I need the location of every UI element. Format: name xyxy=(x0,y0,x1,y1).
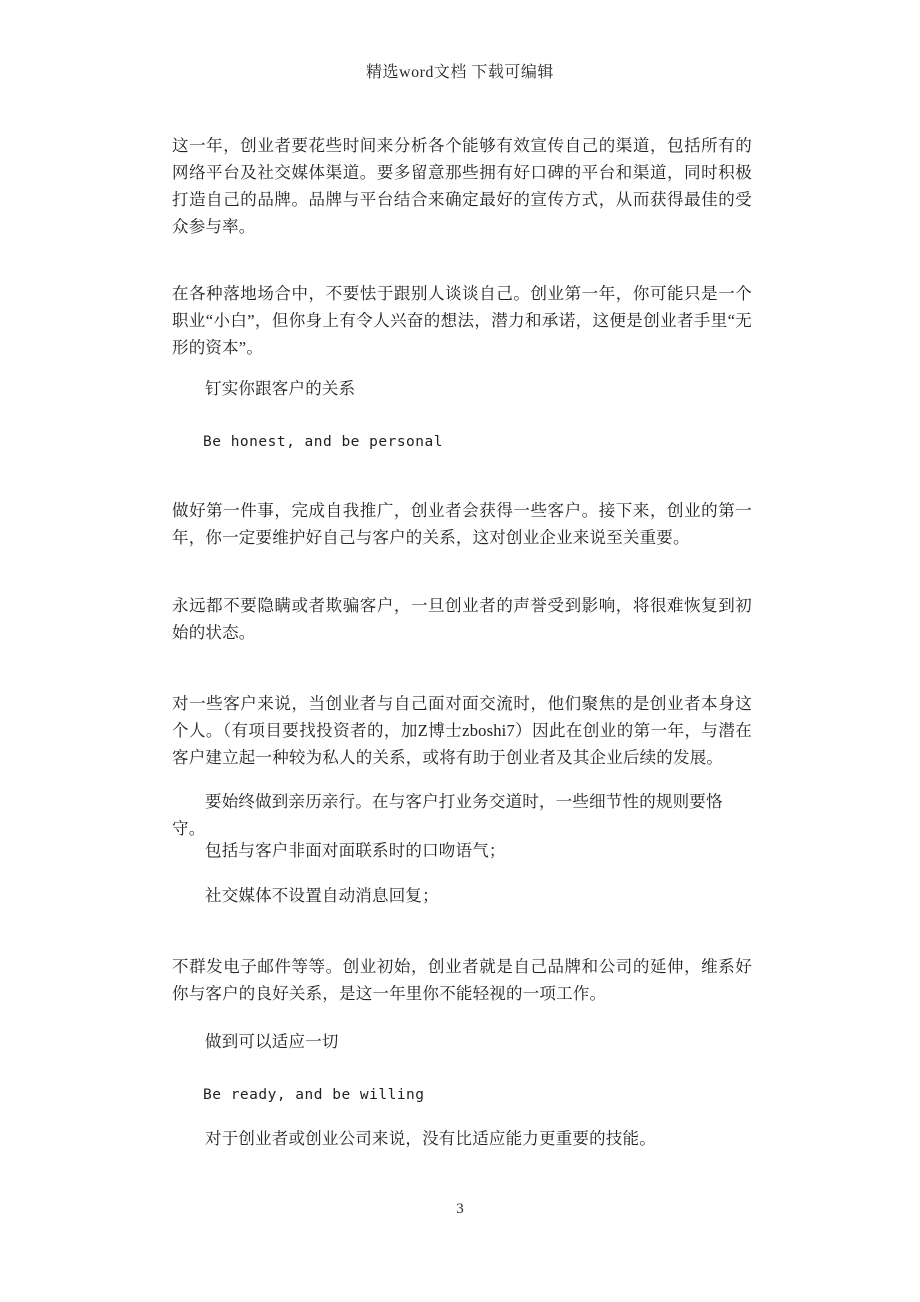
page-header-watermark: 精选word文档 下载可编辑 xyxy=(0,62,920,84)
line-no-auto-reply: 社交媒体不设置自动消息回复； xyxy=(172,882,752,909)
page-number: 3 xyxy=(0,1198,920,1220)
subheading-english-be-ready: Be ready, and be willing xyxy=(172,1082,783,1109)
line-adaptability-skill: 对于创业者或创业公司来说，没有比适应能力更重要的技能。 xyxy=(172,1125,752,1152)
subheading-customer-relationship: 钉实你跟客户的关系 xyxy=(172,375,752,402)
paragraph-no-mass-email: 不群发电子邮件等等。创业初始，创业者就是自己品牌和公司的延伸，维系好你与客户的良… xyxy=(172,953,752,1007)
paragraph-first-year-clients: 做好第一件事，完成自我推广，创业者会获得一些客户。接下来，创业的第一年，你一定要… xyxy=(172,497,752,551)
paragraph-never-deceive: 永远都不要隐瞒或者欺骗客户，一旦创业者的声誉受到影响，将很难恢复到初始的状态。 xyxy=(172,592,752,646)
document-page: 精选word文档 下载可编辑 这一年，创业者要花些时间来分析各个能够有效宣传自己… xyxy=(0,0,920,1302)
paragraph-personal-relationship: 对一些客户来说，当创业者与自己面对面交流时，他们聚焦的是创业者本身这个人。（有项… xyxy=(172,690,752,771)
line-tone-of-voice: 包括与客户非面对面联系时的口吻语气； xyxy=(172,837,752,864)
paragraph-promotion-channels: 这一年，创业者要花些时间来分析各个能够有效宣传自己的渠道，包括所有的网络平台及社… xyxy=(172,132,752,240)
subheading-adapt-to-everything: 做到可以适应一切 xyxy=(172,1028,752,1055)
line-rules-to-follow: 要始终做到亲历亲行。在与客户打业务交道时，一些细节性的规则要恪守。 xyxy=(172,788,752,842)
paragraph-talk-about-yourself: 在各种落地场合中，不要怯于跟别人谈谈自己。创业第一年，你可能只是一个职业“小白”… xyxy=(172,280,752,361)
subheading-english-be-honest: Be honest, and be personal xyxy=(172,429,783,456)
